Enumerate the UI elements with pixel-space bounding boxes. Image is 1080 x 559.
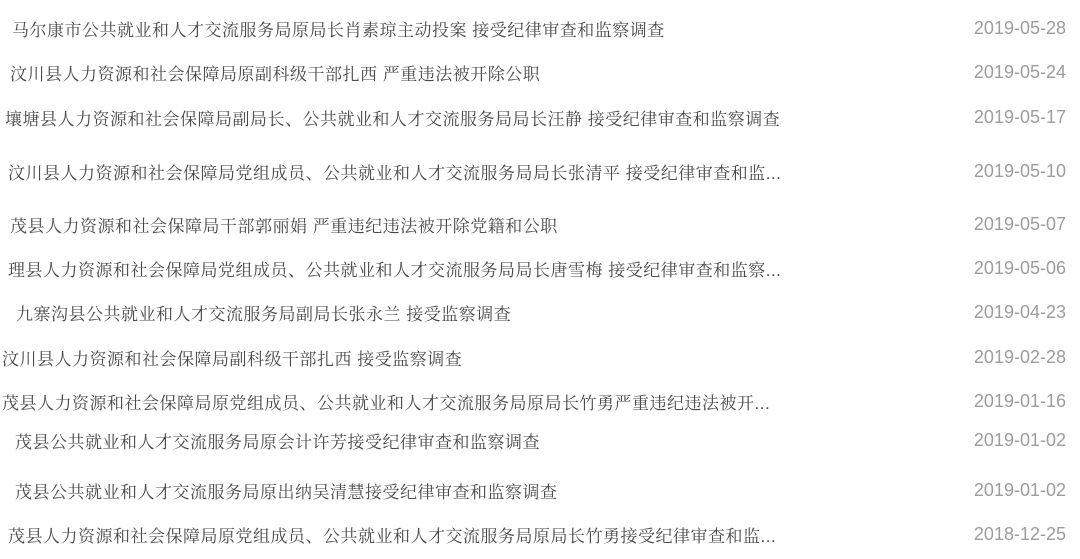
list-item[interactable]: 汶川县人力资源和社会保障局原副科级干部扎西 严重违法被开除公职 2019-05-… <box>10 59 1066 85</box>
news-title-link[interactable]: 茂县人力资源和社会保障局干部郭丽娟 严重违纪违法被开除党籍和公职 <box>10 212 558 237</box>
news-title-link[interactable]: 汶川县人力资源和社会保障局原副科级干部扎西 严重违法被开除公职 <box>10 60 540 85</box>
list-item[interactable]: 九寨沟县公共就业和人才交流服务局副局长张永兰 接受监察调查 2019-04-23 <box>16 299 1066 325</box>
news-date: 2019-05-17 <box>974 107 1066 128</box>
news-date: 2019-01-02 <box>974 430 1066 451</box>
news-date: 2019-05-28 <box>974 18 1066 39</box>
news-title-link[interactable]: 汶川县人力资源和社会保障局党组成员、公共就业和人才交流服务局局长张清平 接受纪律… <box>8 159 781 184</box>
news-title-link[interactable]: 九寨沟县公共就业和人才交流服务局副局长张永兰 接受监察调查 <box>16 300 511 325</box>
news-date: 2018-12-25 <box>974 524 1066 545</box>
list-item[interactable]: 茂县公共就业和人才交流服务局原出纳吴清慧接受纪律审查和监察调查 2019-01-… <box>15 477 1066 503</box>
news-date: 2019-02-28 <box>974 347 1066 368</box>
news-title-link[interactable]: 茂县人力资源和社会保障局原党组成员、公共就业和人才交流服务局原局长竹勇接受纪律审… <box>8 522 776 547</box>
news-date: 2019-01-02 <box>974 480 1066 501</box>
news-list: 马尔康市公共就业和人才交流服务局原局长肖素琼主动投案 接受纪律审查和监察调查 2… <box>0 0 1080 559</box>
news-date: 2019-05-10 <box>974 161 1066 182</box>
news-date: 2019-05-06 <box>974 258 1066 279</box>
news-title-link[interactable]: 理县人力资源和社会保障局党组成员、公共就业和人才交流服务局局长唐雪梅 接受纪律审… <box>8 256 781 281</box>
news-title-link[interactable]: 马尔康市公共就业和人才交流服务局原局长肖素琼主动投案 接受纪律审查和监察调查 <box>12 16 665 41</box>
list-item[interactable]: 壤塘县人力资源和社会保障局副局长、公共就业和人才交流服务局局长汪静 接受纪律审查… <box>5 104 1066 130</box>
list-item[interactable]: 茂县公共就业和人才交流服务局原会计许芳接受纪律审查和监察调查 2019-01-0… <box>15 427 1066 453</box>
news-date: 2019-04-23 <box>974 302 1066 323</box>
news-date: 2019-01-16 <box>974 391 1066 412</box>
news-title-link[interactable]: 壤塘县人力资源和社会保障局副局长、公共就业和人才交流服务局局长汪静 接受纪律审查… <box>5 105 780 130</box>
news-title-link[interactable]: 茂县人力资源和社会保障局原党组成员、公共就业和人才交流服务局原局长竹勇严重违纪违… <box>2 389 770 414</box>
list-item[interactable]: 茂县人力资源和社会保障局原党组成员、公共就业和人才交流服务局原局长竹勇严重违纪违… <box>2 388 1066 414</box>
list-item[interactable]: 理县人力资源和社会保障局党组成员、公共就业和人才交流服务局局长唐雪梅 接受纪律审… <box>8 255 1066 281</box>
list-item[interactable]: 马尔康市公共就业和人才交流服务局原局长肖素琼主动投案 接受纪律审查和监察调查 2… <box>12 15 1066 41</box>
list-item[interactable]: 汶川县人力资源和社会保障局副科级干部扎西 接受监察调查 2019-02-28 <box>2 344 1066 370</box>
list-item[interactable]: 茂县人力资源和社会保障局原党组成员、公共就业和人才交流服务局原局长竹勇接受纪律审… <box>8 521 1066 547</box>
news-title-link[interactable]: 汶川县人力资源和社会保障局副科级干部扎西 接受监察调查 <box>2 345 462 370</box>
news-date: 2019-05-07 <box>974 214 1066 235</box>
news-date: 2019-05-24 <box>974 62 1066 83</box>
list-item[interactable]: 茂县人力资源和社会保障局干部郭丽娟 严重违纪违法被开除党籍和公职 2019-05… <box>10 211 1066 237</box>
news-title-link[interactable]: 茂县公共就业和人才交流服务局原出纳吴清慧接受纪律审查和监察调查 <box>15 478 558 503</box>
news-title-link[interactable]: 茂县公共就业和人才交流服务局原会计许芳接受纪律审查和监察调查 <box>15 428 540 453</box>
list-item[interactable]: 汶川县人力资源和社会保障局党组成员、公共就业和人才交流服务局局长张清平 接受纪律… <box>8 158 1066 184</box>
